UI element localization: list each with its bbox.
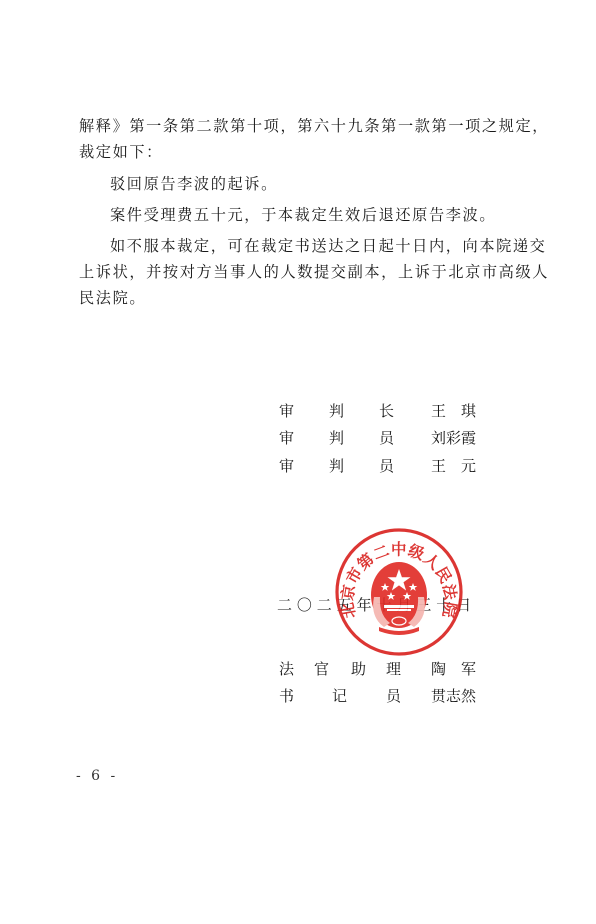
document-page: 解释》第一条第二款第十项，第六十九条第一款第一项之规定， 裁定如下： 驳回原告李…	[0, 0, 596, 924]
title-char: 审	[279, 400, 294, 421]
signatory-name: 贯志然	[431, 685, 476, 706]
title-char: 判	[329, 455, 344, 476]
ruling-dismissal: 驳回原告李波的起诉。	[110, 174, 278, 194]
body-line: 裁定如下：	[79, 142, 163, 162]
signatory-name: 王 琪	[431, 400, 476, 421]
ruling-fee: 案件受理费五十元，于本裁定生效后退还原告李波。	[110, 205, 496, 225]
title-char: 记	[332, 685, 347, 706]
title-char: 员	[386, 685, 401, 706]
title-char: 理	[386, 658, 401, 679]
title-char: 官	[314, 658, 329, 679]
title-char: 助	[351, 658, 366, 679]
signatory-name: 王 元	[431, 455, 476, 476]
national-emblem-icon	[371, 562, 427, 635]
title-char: 书	[279, 685, 294, 706]
signature-judge-assistant: 法 官 助 理 陶 军	[279, 658, 489, 680]
appeal-notice: 如不服本裁定，可在裁定书送达之日起十日内，向本院递交	[110, 236, 546, 256]
body-line: 解释》第一条第二款第十项，第六十九条第一款第一项之规定，	[79, 116, 549, 136]
title-char: 长	[379, 400, 394, 421]
title-char: 审	[279, 455, 294, 476]
signature-clerk: 书 记 员 贯志然	[279, 685, 489, 707]
title-char: 判	[329, 427, 344, 448]
title-char: 审	[279, 427, 294, 448]
signature-judge-2: 审 判 员 王 元	[279, 455, 489, 477]
court-seal-icon: 北京市第二中级人民法院	[334, 527, 464, 657]
body-line: 上诉状，并按对方当事人的人数提交副本，上诉于北京市高级人	[79, 262, 549, 282]
page-number: - 6 -	[76, 768, 118, 784]
signatory-name: 陶 军	[431, 658, 476, 679]
title-char: 判	[329, 400, 344, 421]
signature-judge-1: 审 判 员 刘彩霞	[279, 427, 489, 449]
title-char: 员	[379, 455, 394, 476]
signature-presiding-judge: 审 判 长 王 琪	[279, 400, 489, 422]
title-char: 员	[379, 427, 394, 448]
signatory-name: 刘彩霞	[431, 427, 476, 448]
title-char: 法	[279, 658, 294, 679]
body-line: 民法院。	[79, 288, 146, 308]
